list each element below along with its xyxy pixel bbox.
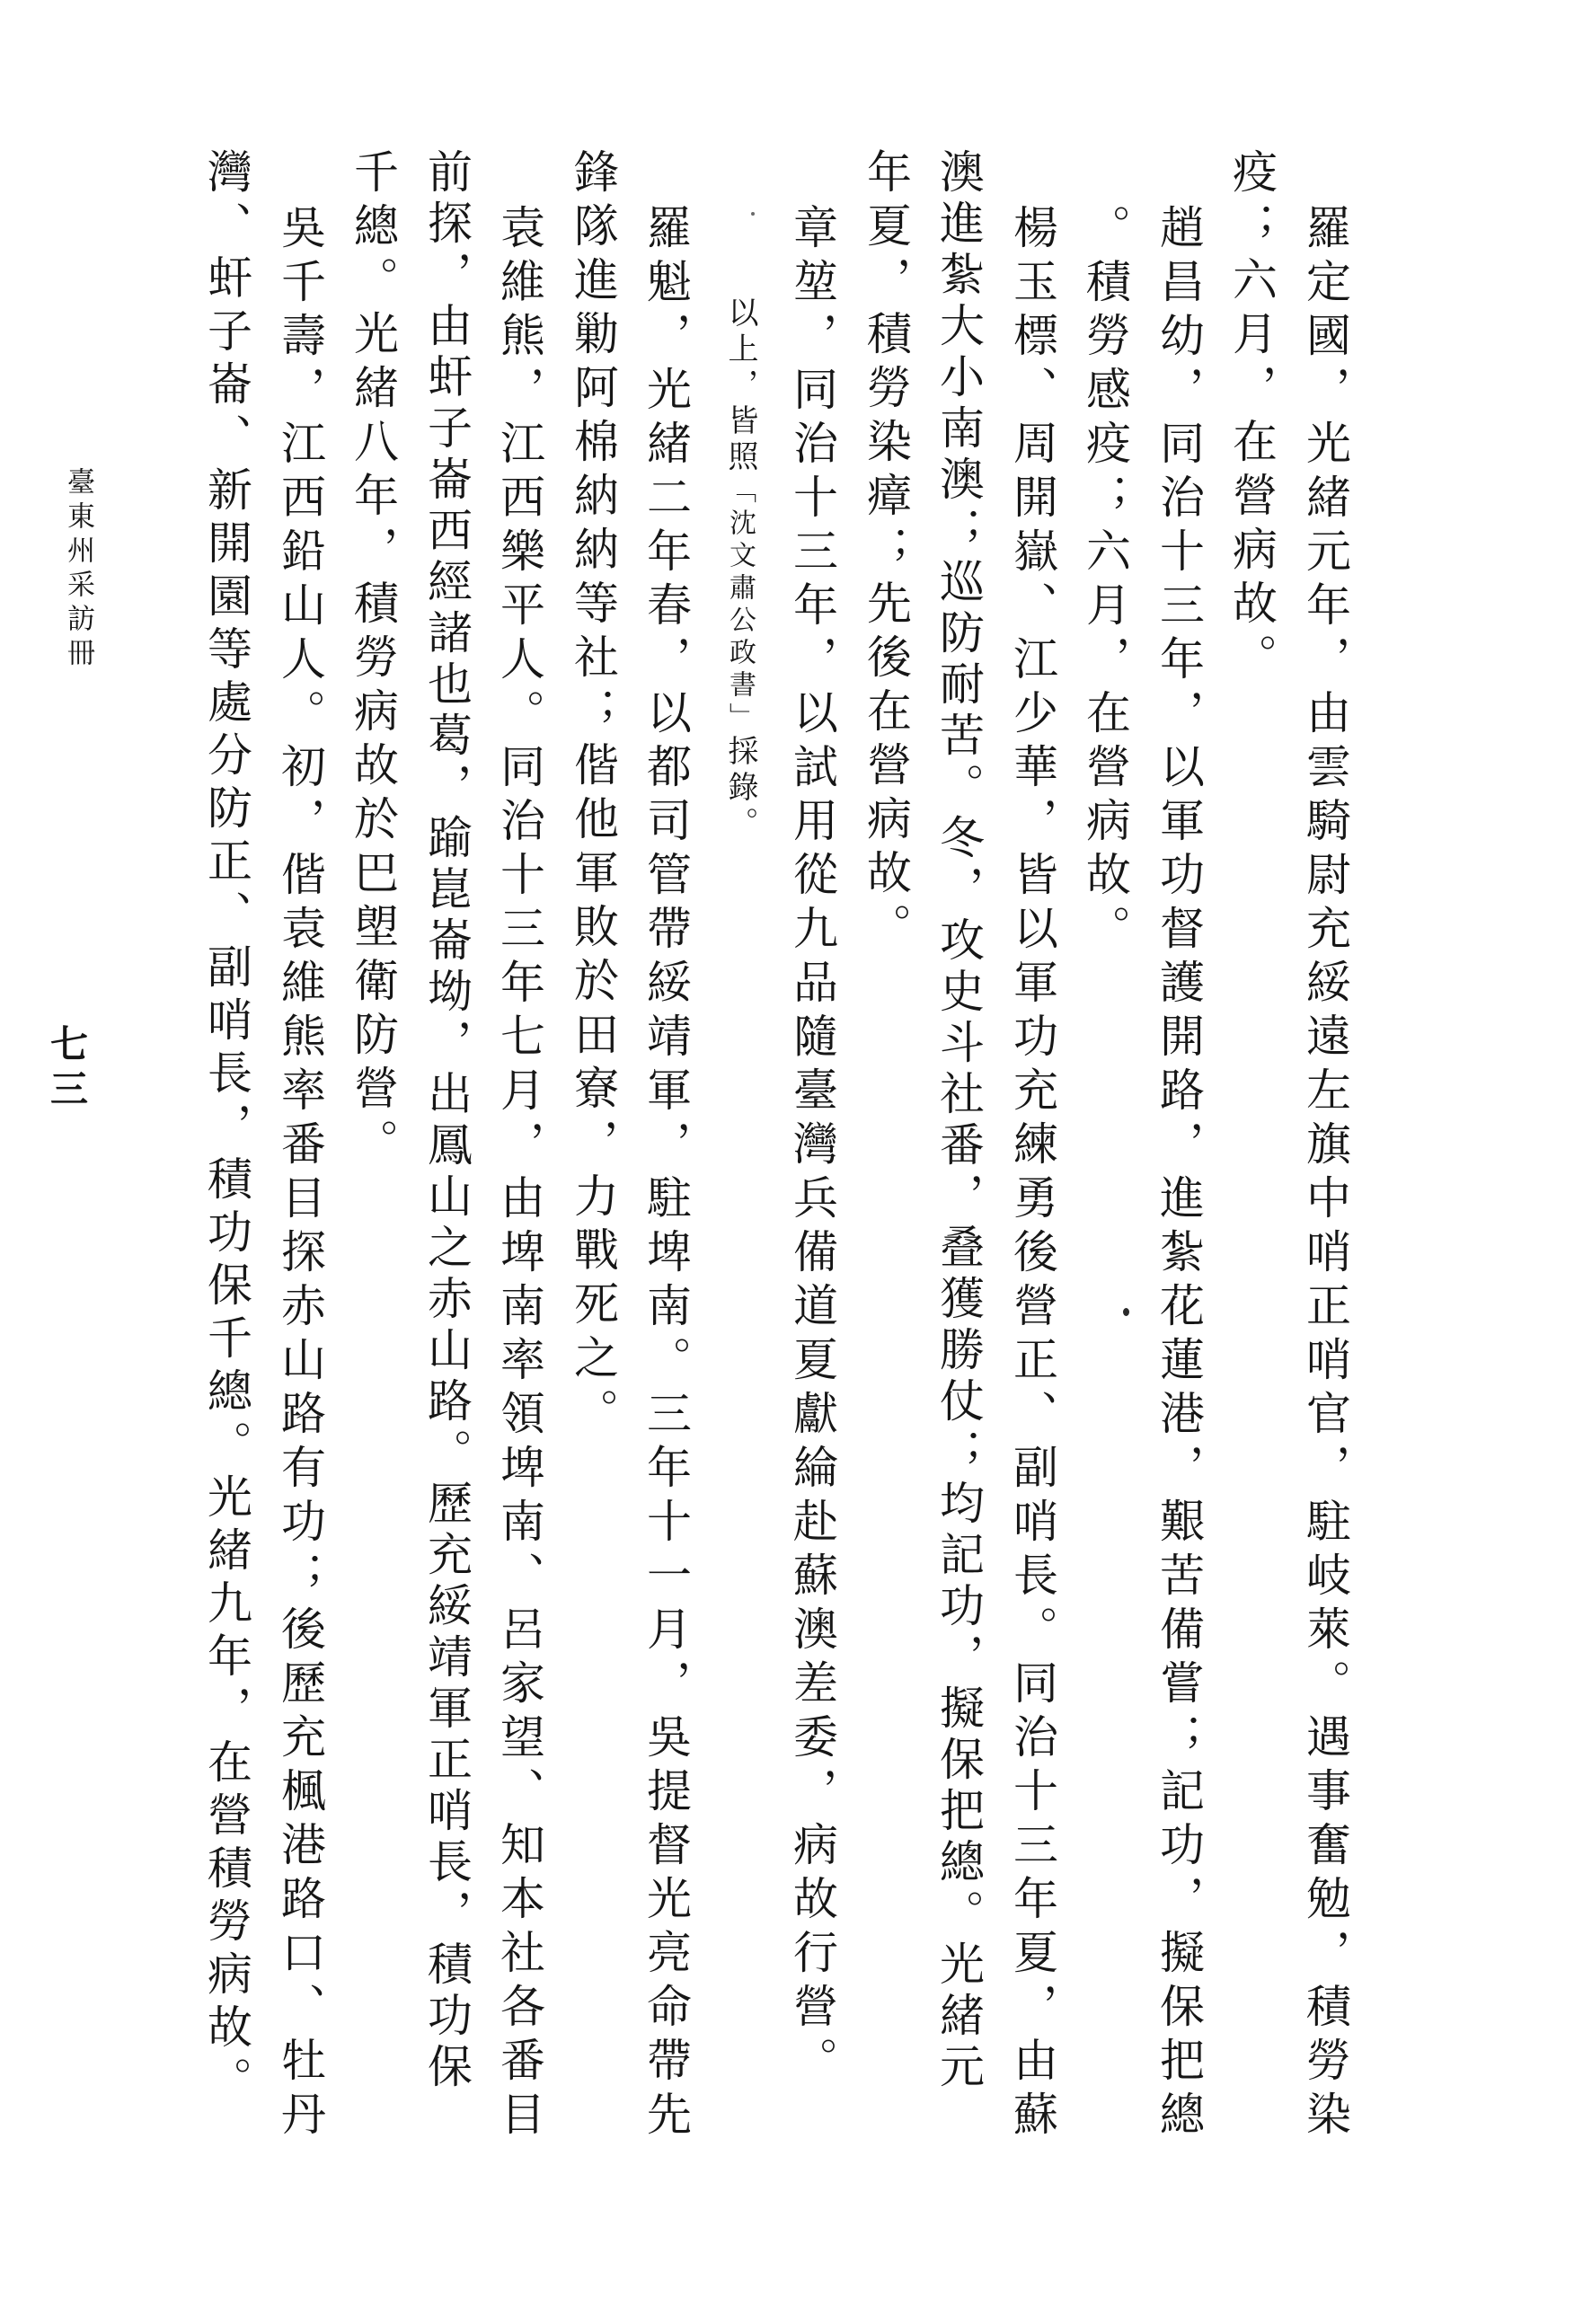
source-note-book-title: 「沈文肅公政書」 bbox=[725, 476, 755, 735]
ink-speck bbox=[1123, 1308, 1129, 1316]
page-number: 七三 bbox=[45, 1024, 86, 1114]
column-yang-yubiao-entry: 楊玉標、周開嶽、江少華，皆以軍功充練勇後營正、副哨長。同治十三年夏，由蘇 bbox=[1007, 204, 1057, 2144]
scanned-book-page: 羅定國，光緒元年，由雲騎尉充綏遠左旗中哨正哨官，駐岐萊。遇事奮勉，積勞染 疫；六… bbox=[0, 0, 1583, 2324]
column-luo-dingguo-continued: 疫；六月，在營病故。 bbox=[1226, 148, 1277, 687]
column-yang-yubiao-continued-2: 年夏，積勞染瘴；先後在營病故。 bbox=[861, 148, 911, 957]
source-note-tail: 採錄。 bbox=[723, 735, 756, 843]
column-yuan-weixiong-continued-2: 千總。光緒八年，積勞病故於巴塱衛防營。 bbox=[348, 148, 398, 1172]
column-wu-qianshou-continued: 灣、虷子崙、新開園等處分防正、副哨長，積功保千總。光緒九年，在營積勞病故。 bbox=[201, 148, 252, 2109]
ink-speck bbox=[751, 212, 755, 216]
column-luo-kui-entry: 羅魁，光緒二年春，以都司管帶綏靖軍，駐埤南。三年十一月，吳提督光亮命帶先 bbox=[641, 204, 691, 2144]
column-yuan-weixiong-continued-1: 前探，由虷子崙西經諸也葛，踰崑崙坳，出鳳山之赤山路。歷充綏靖軍正哨長，積功保 bbox=[421, 148, 472, 2094]
column-yang-yubiao-continued-1: 澳進紮大小南澳；巡防耐苦。冬，攻史斗社番，叠獲勝仗；均記功，擬保把總。光緒元 bbox=[933, 148, 984, 2094]
column-source-note: 以上，皆照「沈文肅公政書」採錄。 bbox=[721, 296, 757, 843]
column-yuan-weixiong-entry: 袁維熊，江西樂平人。同治十三年七月，由埤南率領埤南、呂家望、知本社各番目 bbox=[494, 204, 544, 2144]
column-wu-qianshou-entry: 吳千壽，江西鉛山人。初，偕袁維熊率番目探赤山路有功；後歷充楓港路口、牡丹 bbox=[275, 204, 325, 2144]
column-zhao-changyou-entry: 趙昌幼，同治十三年，以軍功督護開路，進紮花蓮港，艱苦備嘗；記功，擬保把總 bbox=[1154, 204, 1204, 2144]
source-note-lead: 以上，皆照 bbox=[723, 296, 756, 476]
column-zhang-kun-entry: 章堃，同治十三年，以試用從九品隨臺灣兵備道夏獻綸赴蘇澳差委，病故行營。 bbox=[787, 204, 837, 2090]
column-luo-dingguo-entry: 羅定國，光緒元年，由雲騎尉充綏遠左旗中哨正哨官，駐岐萊。遇事奮勉，積勞染 bbox=[1300, 204, 1350, 2144]
book-title-label: 臺東州采訪冊 bbox=[61, 467, 95, 672]
column-zhao-changyou-continued: 。積勞感疫；六月，在營病故。 bbox=[1080, 204, 1130, 959]
column-luo-kui-continued: 鋒隊進勦阿棉納納等社；偕他軍敗於田寮，力戰死之。 bbox=[568, 148, 618, 1442]
